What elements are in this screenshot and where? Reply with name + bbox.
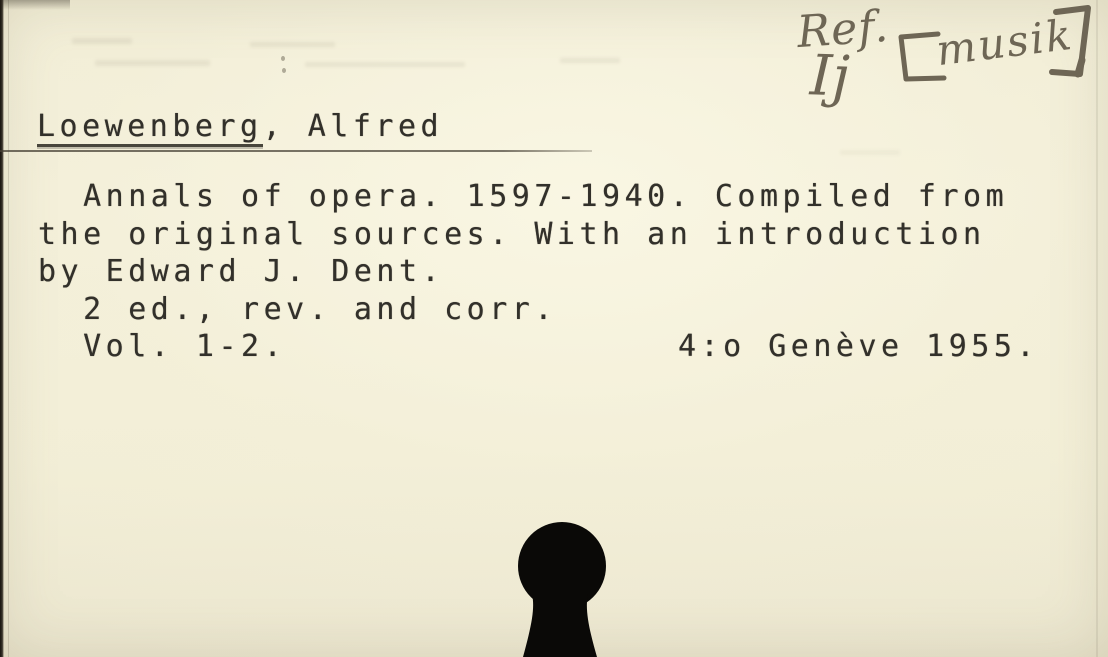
card-crease-left	[8, 0, 9, 657]
imprint-statement: 4:o Genève 1955.	[678, 328, 1039, 366]
card-crease-right	[1096, 0, 1098, 657]
volume-statement: Vol. 1-2.	[38, 329, 286, 364]
entry-line: by Edward J. Dent.	[38, 253, 1008, 291]
entry-line: 2 ed., rev. and corr.	[38, 291, 1008, 329]
erased-text-smudge	[250, 42, 335, 47]
entry-body: Annals of opera. 1597-1940. Compiled fro…	[38, 178, 1008, 366]
erased-text-mark	[281, 56, 285, 61]
author-heading: Loewenberg, Alfred	[37, 107, 443, 147]
erased-text-smudge	[560, 58, 620, 63]
scan-edge-left	[0, 0, 4, 657]
entry-line: the original sources. With an introducti…	[38, 216, 1008, 254]
handwritten-class-mark: Ij	[809, 43, 851, 109]
erased-text-smudge	[840, 150, 900, 155]
erased-text-smudge	[72, 38, 132, 44]
scan-corner-shadow	[0, 0, 70, 10]
ruled-line	[0, 150, 592, 152]
erased-text-smudge	[305, 62, 465, 67]
heading-underscore	[37, 144, 263, 147]
handwritten-subject-note: musik	[934, 10, 1076, 75]
catalog-card: Ref. Ij musik Loewenberg, Alfred Annals …	[0, 0, 1108, 657]
entry-line: Annals of opera. 1597-1940. Compiled fro…	[38, 178, 1008, 216]
erased-text-mark	[282, 68, 286, 73]
erased-text-smudge	[95, 60, 210, 66]
punch-hole	[518, 522, 606, 657]
entry-line: Vol. 1-2.4:o Genève 1955.	[38, 328, 1008, 366]
